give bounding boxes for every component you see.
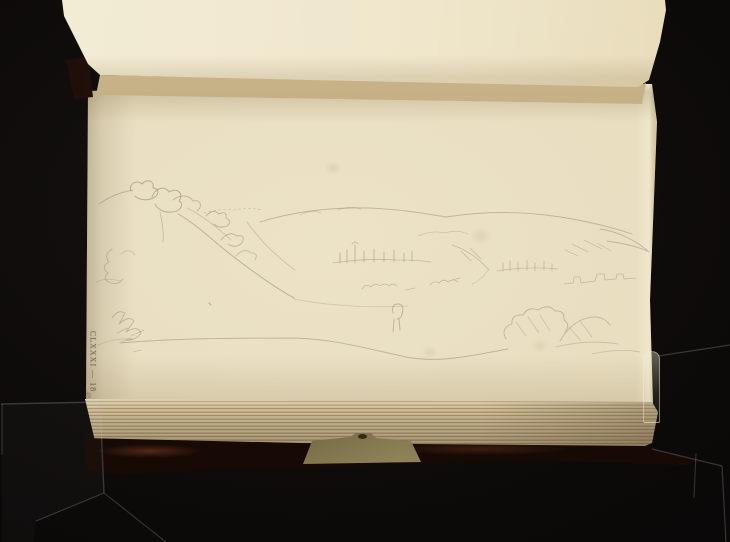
pencil-stroke (569, 321, 592, 341)
pencil-stroke (497, 268, 558, 271)
pencil-stroke (160, 212, 163, 242)
bequest-stamp-label: CLXXXI — 18 (89, 331, 98, 392)
pencil-stroke (504, 307, 568, 339)
pencil-stroke (418, 231, 468, 236)
acrylic-edge-right-short (694, 453, 696, 498)
spine-edge (0, 0, 730, 542)
acrylic-edge-left-foot2 (104, 493, 166, 542)
sketchbook-open-page (0, 0, 730, 542)
pencil-stroke (516, 315, 550, 336)
brass-clasp (0, 0, 730, 542)
pencil-stroke (300, 207, 361, 215)
pencil-stroke (294, 299, 408, 307)
pencil-sketch-svg (0, 0, 730, 542)
pencil-stroke (204, 209, 262, 214)
pencil-stroke (152, 188, 182, 212)
pencil-stroke (393, 304, 403, 332)
pencil-stroke (452, 245, 489, 270)
pencil-stroke (209, 303, 211, 305)
pencil-stroke (600, 229, 649, 252)
pencil-stroke (564, 274, 636, 284)
acrylic-edge-right-diag (652, 449, 722, 466)
pencil-stroke (121, 251, 135, 255)
pencil-stroke (362, 284, 397, 289)
pencil-stroke (206, 211, 230, 227)
pencil-stroke (247, 222, 295, 270)
pencil-stroke (99, 190, 133, 204)
pencil-stroke (446, 213, 632, 234)
pencil-stroke (117, 328, 144, 342)
acrylic-support-left (2, 402, 104, 542)
acrylic-support-edges (0, 0, 730, 542)
pencil-stroke (472, 270, 488, 284)
bequest-stamp: CLXXXI — 18 (87, 332, 100, 392)
pencil-stroke (120, 338, 508, 359)
pencil-stroke (187, 208, 231, 240)
acrylic-edge-right-vert (722, 466, 726, 542)
raised-top-page (0, 0, 730, 542)
photo-scene: CLXXXI — 18 48 (0, 0, 730, 542)
page-curl-shadow (0, 0, 730, 542)
pencil-stroke (98, 339, 132, 345)
pencil-stroke (178, 214, 294, 298)
pencil-stroke (133, 350, 141, 352)
pencil-stroke (430, 278, 460, 285)
folio-number: 48 (83, 385, 93, 405)
pencil-stroke (130, 181, 157, 200)
pencil-stroke (104, 249, 123, 284)
pencil-stroke (173, 196, 200, 211)
pencil-stroke (503, 260, 552, 271)
leather-cover (0, 0, 730, 542)
pencil-stroke (352, 242, 358, 244)
folio-number-label: 48 (84, 392, 92, 399)
pencil-stroke (96, 279, 120, 282)
pencil-stroke (340, 245, 412, 263)
pencil-stroke (565, 240, 611, 256)
pencil-stroke (556, 342, 640, 354)
page-fore-edge-stack (0, 0, 730, 542)
clasp-rivet (358, 434, 367, 439)
pencil-stroke (221, 234, 243, 247)
acrylic-edge-right-top (658, 345, 730, 356)
pencil-stroke (260, 208, 446, 222)
acrylic-edge-left-vert (100, 402, 104, 493)
acrylic-support-tab (643, 351, 660, 423)
pencil-stroke (406, 288, 415, 290)
pencil-stroke (333, 259, 431, 263)
pencil-stroke (112, 312, 141, 340)
pencil-stroke (236, 251, 256, 260)
pencil-stroke (560, 317, 610, 341)
acrylic-edge-left-foot1 (36, 493, 104, 521)
